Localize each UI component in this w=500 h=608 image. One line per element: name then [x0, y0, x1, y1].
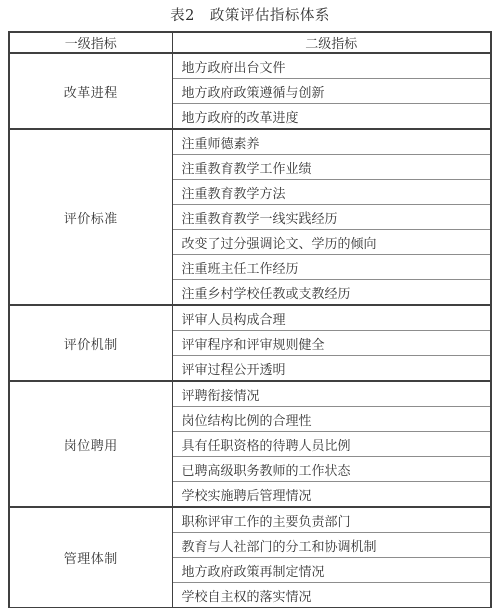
level1-cell-management-system: 管理体制	[9, 507, 172, 608]
level2-cell: 改变了过分强调论文、学历的倾向	[172, 230, 491, 255]
level2-cell: 注重师德素养	[172, 129, 491, 155]
level2-cell: 地方政府的改革进度	[172, 104, 491, 130]
level2-cell: 地方政府出台文件	[172, 53, 491, 79]
table-caption: 表2 政策评估指标体系	[0, 4, 500, 25]
level2-cell: 评审程序和评审规则健全	[172, 331, 491, 356]
level2-cell: 学校实施聘后管理情况	[172, 482, 491, 508]
level2-cell: 地方政府政策再制定情况	[172, 558, 491, 583]
table-row: 改革进程 地方政府出台文件	[9, 53, 491, 79]
table-header-row: 一级指标 二级指标	[9, 32, 491, 53]
level2-cell: 评审人员构成合理	[172, 305, 491, 331]
level2-cell: 注重乡村学校任教或支教经历	[172, 280, 491, 306]
level2-cell: 学校自主权的落实情况	[172, 583, 491, 608]
level2-cell: 注重教育教学一线实践经历	[172, 205, 491, 230]
level2-cell: 教育与人社部门的分工和协调机制	[172, 533, 491, 558]
policy-indicator-table: 一级指标 二级指标 改革进程 地方政府出台文件 地方政府政策遵循与创新 地方政府…	[8, 31, 492, 608]
level1-cell-post-employment: 岗位聘用	[9, 381, 172, 507]
column-header-level1: 一级指标	[9, 32, 172, 53]
table-row: 管理体制 职称评审工作的主要负责部门	[9, 507, 491, 533]
level2-cell: 评审过程公开透明	[172, 356, 491, 382]
table-row: 岗位聘用 评聘衔接情况	[9, 381, 491, 407]
level2-cell: 已聘高级职务教师的工作状态	[172, 457, 491, 482]
table-row: 评价机制 评审人员构成合理	[9, 305, 491, 331]
level2-cell: 注重班主任工作经历	[172, 255, 491, 280]
table-row: 评价标准 注重师德素养	[9, 129, 491, 155]
level1-cell-evaluation-standards: 评价标准	[9, 129, 172, 305]
level2-cell: 岗位结构比例的合理性	[172, 407, 491, 432]
level2-cell: 具有任职资格的待聘人员比例	[172, 432, 491, 457]
column-header-level2: 二级指标	[172, 32, 491, 53]
level2-cell: 职称评审工作的主要负责部门	[172, 507, 491, 533]
level1-cell-reform-progress: 改革进程	[9, 53, 172, 129]
level2-cell: 注重教育教学工作业绩	[172, 155, 491, 180]
level2-cell: 评聘衔接情况	[172, 381, 491, 407]
level1-cell-evaluation-mechanism: 评价机制	[9, 305, 172, 381]
level2-cell: 地方政府政策遵循与创新	[172, 79, 491, 104]
level2-cell: 注重教育教学方法	[172, 180, 491, 205]
